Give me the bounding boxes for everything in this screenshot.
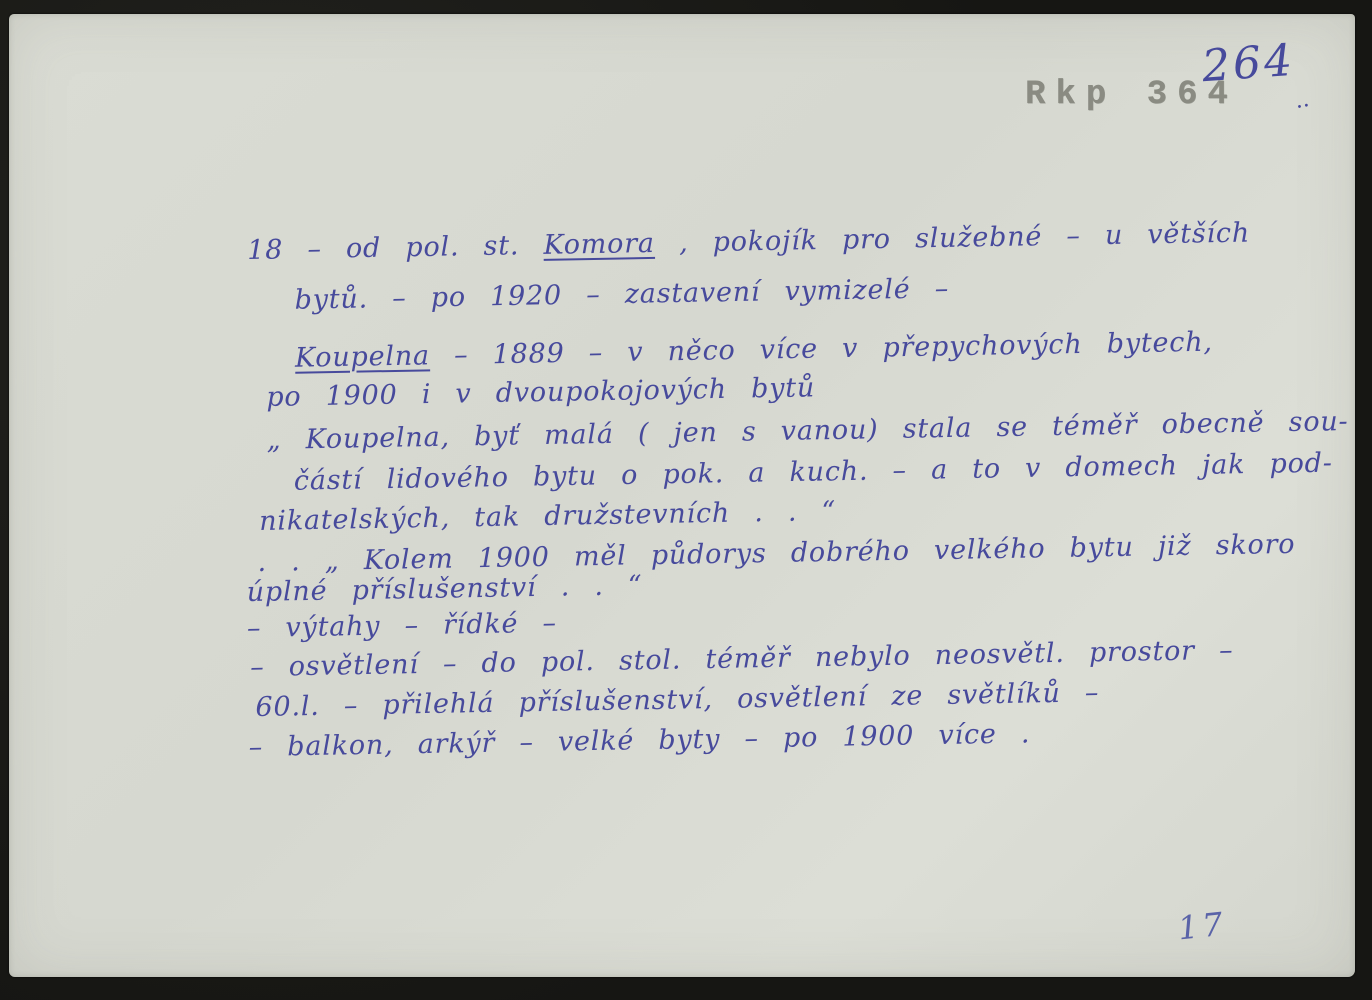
handwriting-line-10: – výtahy – řídké – bbox=[247, 608, 557, 644]
handwriting-segment: nikatelských, tak družstevních . . “ bbox=[259, 496, 836, 537]
handwriting-underlined-word: Komora bbox=[543, 228, 655, 261]
handwriting-line-8: . . „ Kolem 1900 měl půdorys dobrého vel… bbox=[257, 529, 1295, 578]
handwriting-segment: , pokojík pro služebné – u větších bbox=[655, 218, 1251, 259]
handwriting-line-5: „ Koupelna, byť malá ( jen s vanou) stal… bbox=[266, 406, 1348, 456]
handwriting-line-9: úplné příslušenství . . “ bbox=[246, 570, 642, 608]
bottom-page-number: 17 bbox=[1176, 905, 1228, 948]
handwriting-underlined-word: Koupelna bbox=[295, 340, 430, 373]
handwriting-line-13: – balkon, arkýř – velké byty – po 1900 v… bbox=[248, 718, 1030, 763]
scan-background: 264 .. Rkp 364 18 – od pol. st. Komora ,… bbox=[0, 0, 1372, 1000]
handwriting-line-2: bytů. – po 1920 – zastavení vymizelé – bbox=[294, 273, 949, 315]
handwriting-segment: 18 – od pol. st. bbox=[247, 230, 544, 266]
manuscript-paper: 264 .. Rkp 364 18 – od pol. st. Komora ,… bbox=[9, 14, 1355, 977]
handwriting-segment: – balkon, arkýř – velké byty – po 1900 v… bbox=[248, 718, 1030, 763]
handwriting-line-1: 18 – od pol. st. Komora , pokojík pro sl… bbox=[247, 218, 1250, 266]
handwriting-line-4: po 1900 i v dvoupokojových bytů bbox=[266, 372, 815, 413]
handwriting-segment: částí lidového bytu o pok. a kuch. – a t… bbox=[294, 448, 1333, 497]
handwritten-body: 18 – od pol. st. Komora , pokojík pro sl… bbox=[6, 9, 1359, 981]
handwriting-segment: úplné příslušenství . . “ bbox=[246, 570, 642, 608]
handwriting-line-12: 60.l. – přilehlá příslušenství, osvětlen… bbox=[255, 677, 1099, 723]
handwriting-segment: – 1889 – v něco více v přepychových byte… bbox=[430, 327, 1213, 372]
handwriting-segment: . . „ Kolem 1900 měl půdorys dobrého vel… bbox=[257, 529, 1295, 578]
handwriting-line-6: částí lidového bytu o pok. a kuch. – a t… bbox=[294, 448, 1333, 497]
handwriting-segment: „ Koupelna, byť malá ( jen s vanou) stal… bbox=[266, 406, 1348, 456]
handwriting-line-3: Koupelna – 1889 – v něco více v přepycho… bbox=[295, 327, 1213, 374]
handwriting-line-7: nikatelských, tak družstevních . . “ bbox=[259, 496, 836, 537]
handwriting-segment: 60.l. – přilehlá příslušenství, osvětlen… bbox=[255, 677, 1099, 723]
handwriting-segment: – osvětlení – do pol. stol. téměř nebylo… bbox=[250, 635, 1234, 683]
handwriting-segment: bytů. – po 1920 – zastavení vymizelé – bbox=[294, 273, 949, 315]
handwriting-segment: – výtahy – řídké – bbox=[247, 608, 557, 644]
handwriting-line-11: – osvětlení – do pol. stol. téměř nebylo… bbox=[250, 635, 1234, 683]
handwriting-segment: po 1900 i v dvoupokojových bytů bbox=[266, 372, 815, 413]
